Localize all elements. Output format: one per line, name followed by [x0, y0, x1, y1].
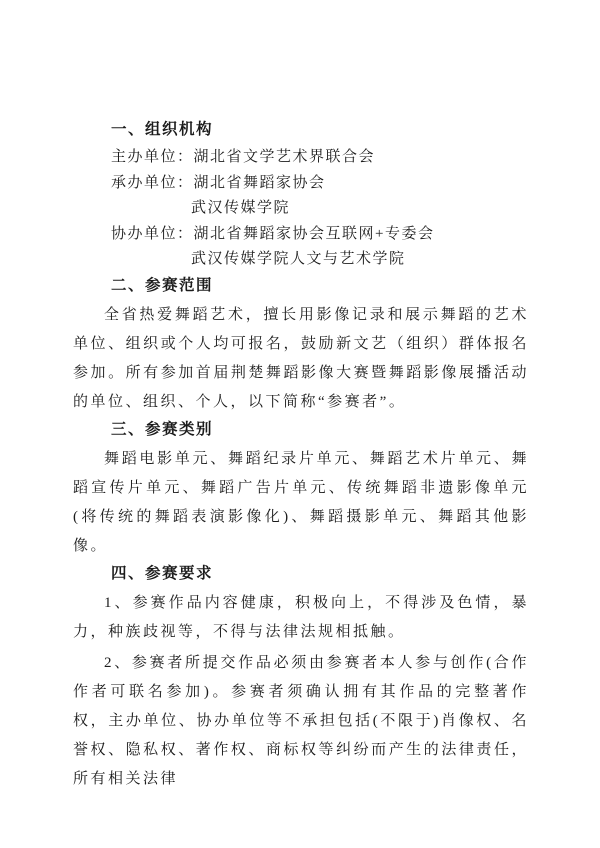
document-page: 一、组织机构 主办单位：湖北省文学艺术界联合会 承办单位：湖北省舞蹈家协会 武汉…	[0, 0, 600, 848]
section-heading-requirements: 四、参赛要求	[111, 561, 529, 586]
section-categories: 三、参赛类别 舞蹈电影单元、舞蹈纪录片单元、舞蹈艺术片单元、舞蹈宣传片单元、舞蹈…	[73, 417, 529, 561]
section-scope: 二、参赛范围 全省热爱舞蹈艺术，擅长用影像记录和展示舞蹈的艺术单位、组织或个人均…	[73, 273, 529, 417]
org-label: 承办单位：	[111, 175, 194, 191]
org-label: 主办单位：	[111, 149, 194, 165]
org-line-undertaker-2: 武汉传媒学院	[191, 196, 529, 222]
section-heading-organization: 一、组织机构	[111, 117, 529, 142]
org-value: 武汉传媒学院人文与艺术学院	[191, 251, 406, 267]
section-heading-categories: 三、参赛类别	[111, 417, 529, 442]
org-value: 武汉传媒学院	[191, 200, 290, 216]
org-value: 湖北省舞蹈家协会	[194, 175, 326, 191]
org-line-undertaker: 承办单位：湖北省舞蹈家协会	[111, 171, 529, 197]
categories-paragraph: 舞蹈电影单元、舞蹈纪录片单元、舞蹈艺术片单元、舞蹈宣传片单元、舞蹈广告片单元、传…	[73, 445, 529, 561]
requirements-paragraph-1: 1、参赛作品内容健康，积极向上，不得涉及色情，暴力，种族歧视等，不得与法律法规相…	[73, 589, 529, 647]
org-line-co-organizer-2: 武汉传媒学院人文与艺术学院	[191, 247, 529, 273]
org-label: 协办单位：	[111, 226, 194, 242]
scope-paragraph: 全省热爱舞蹈艺术，擅长用影像记录和展示舞蹈的艺术单位、组织或个人均可报名，鼓励新…	[73, 301, 529, 417]
org-line-host: 主办单位：湖北省文学艺术界联合会	[111, 145, 529, 171]
org-line-co-organizer: 协办单位：湖北省舞蹈家协会互联网+专委会	[111, 222, 529, 248]
org-value: 湖北省文学艺术界联合会	[194, 149, 376, 165]
section-heading-scope: 二、参赛范围	[111, 273, 529, 298]
org-value: 湖北省舞蹈家协会互联网+专委会	[194, 226, 435, 242]
section-requirements: 四、参赛要求 1、参赛作品内容健康，积极向上，不得涉及色情，暴力，种族歧视等，不…	[73, 561, 529, 794]
requirements-paragraph-2: 2、参赛者所提交作品必须由参赛者本人参与创作(合作作者可联名参加)。参赛者须确认…	[73, 649, 529, 794]
section-organization: 一、组织机构 主办单位：湖北省文学艺术界联合会 承办单位：湖北省舞蹈家协会 武汉…	[73, 117, 529, 273]
